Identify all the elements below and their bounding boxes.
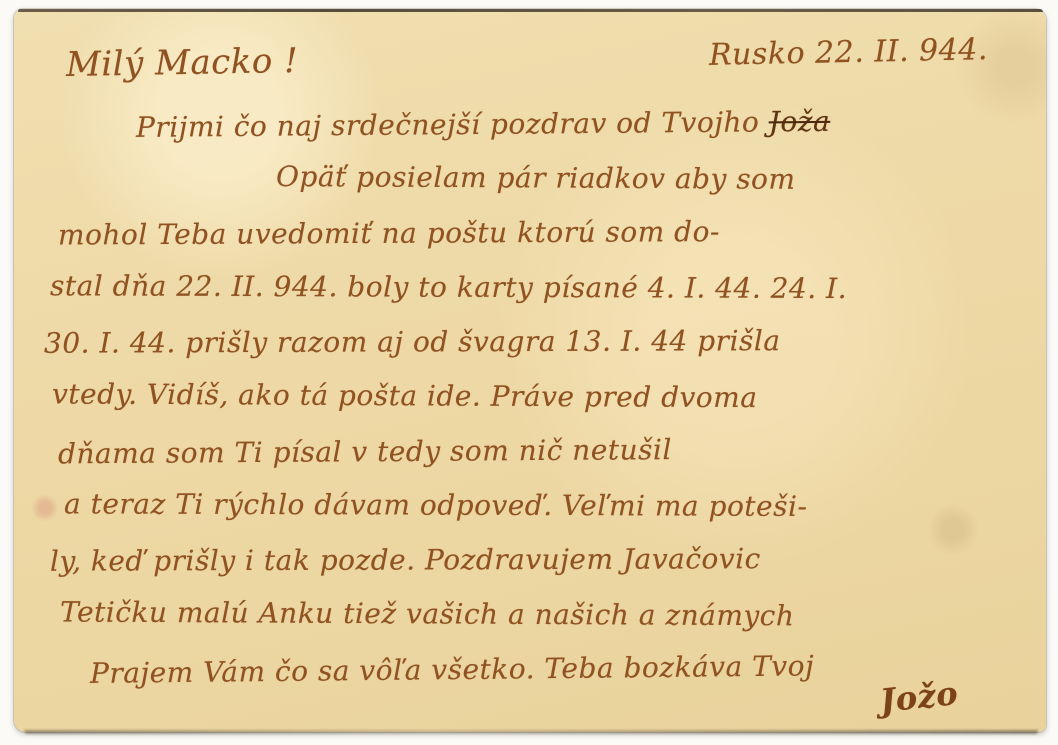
letter-line: mohol Teba uvedomiť na poštu ktorú som d… bbox=[58, 203, 1026, 263]
signature: Jožo bbox=[878, 674, 960, 720]
letter-line: 30. I. 44. prišly razom aj od švagra 13.… bbox=[44, 313, 1026, 371]
letter-body: Prijmi čo naj srdečnejší pozdrav od Tvoj… bbox=[44, 97, 1026, 697]
letter-line: Tetičku malú Anku tiež vašich a našich a… bbox=[60, 585, 1026, 645]
letter-line: vtedy. Vidíš, ako tá pošta ide. Práve pr… bbox=[52, 367, 1026, 427]
struck-word: Joža bbox=[769, 105, 831, 139]
salutation: Milý Macko ! bbox=[66, 41, 299, 85]
letter-line: ly, keď prišly i tak pozde. Pozdravujem … bbox=[50, 531, 1026, 589]
letter-line: Opäť posielam pár riadkov aby som bbox=[276, 150, 1026, 208]
date-line: Rusko 22. II. 944. bbox=[709, 32, 989, 73]
postcard-scan: Rusko 22. II. 944. Milý Macko ! Prijmi č… bbox=[14, 9, 1046, 732]
letter-line-text: Prijmi čo naj srdečnejší pozdrav od Tvoj… bbox=[136, 105, 769, 144]
letter-line: a teraz Ti rýchlo dávam odpoveď. Veľmi m… bbox=[64, 477, 1026, 535]
letter-line: stal dňa 22. II. 944. boly to karty písa… bbox=[50, 259, 1026, 317]
letter-line: dňama som Ti písal v tedy som nič netuši… bbox=[58, 421, 1026, 482]
letter-line: Prijmi čo naj srdečnejší pozdrav od Tvoj… bbox=[136, 93, 1026, 155]
